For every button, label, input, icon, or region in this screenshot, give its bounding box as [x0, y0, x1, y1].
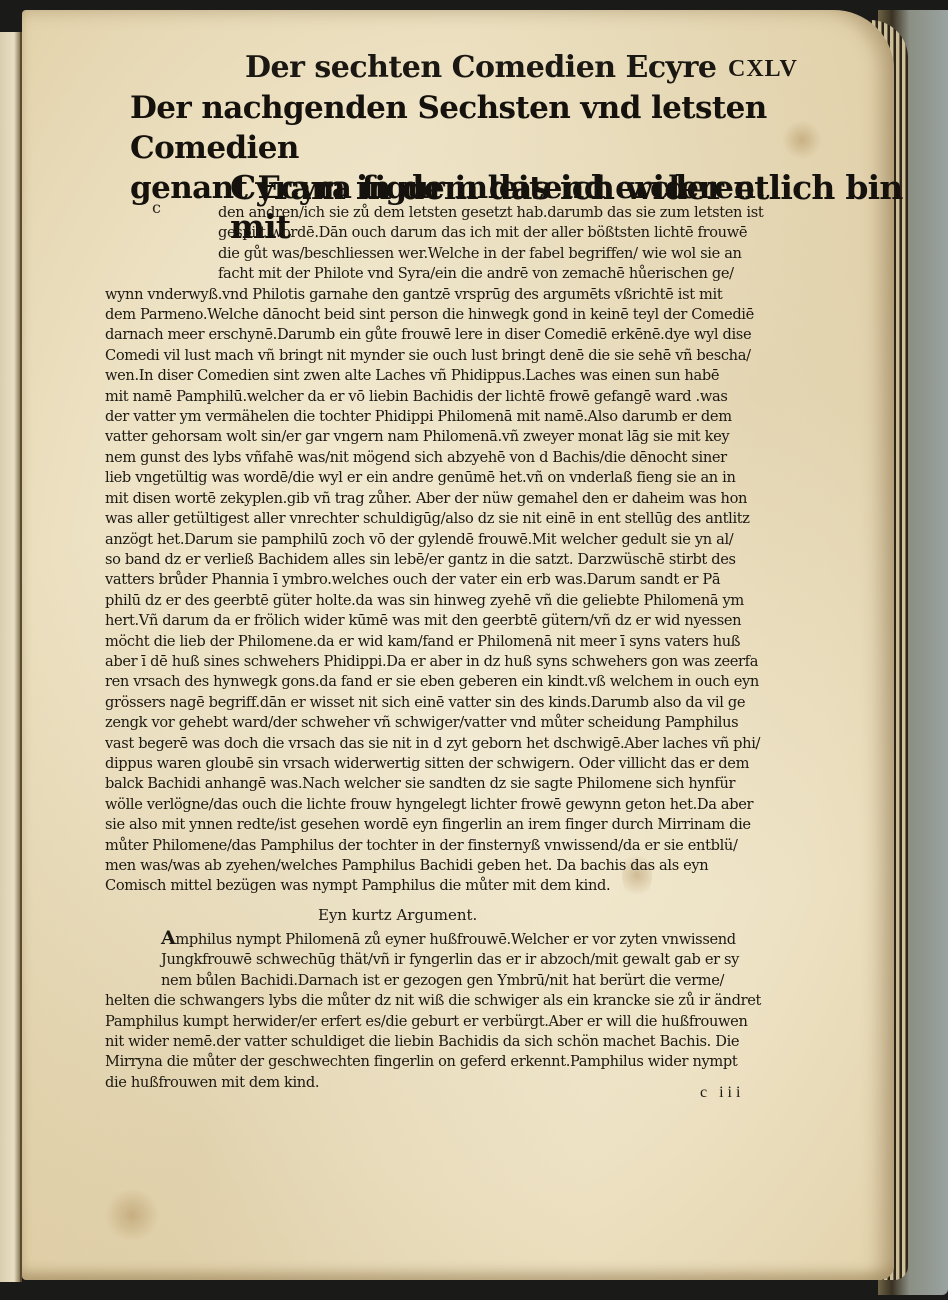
folio-number: CXLV [728, 56, 798, 83]
text-line: men was/was ab zyehen/welches Pamphilus … [105, 856, 777, 876]
text-line: hert.Vñ darum da er frölich wider kūmē w… [105, 611, 777, 631]
text-line: vatter gehorsam wolt sin/er gar vngern n… [105, 427, 777, 447]
text-line: anzögt het.Darum sie pamphilū zoch vō de… [105, 530, 777, 550]
argument-heading: Eyn kurtz Argument. [318, 906, 477, 924]
gathering-signature: c iii [700, 1084, 744, 1102]
foxing-stain [102, 1190, 162, 1240]
text-line: die hußfrouwen mit dem kind. [105, 1073, 777, 1093]
text-line: so band dz er verließ Bachidem alles sin… [105, 550, 777, 570]
drop-initial: A [161, 928, 175, 949]
text-line: můter Philomene/das Pamphilus der tochte… [105, 836, 777, 856]
text-line: wölle verlögne/das ouch die lichte frouw… [105, 795, 777, 815]
text-line: Pamphilus kumpt herwider/er erfert es/di… [105, 1012, 777, 1032]
title-line: Der nachgenden Sechsten vnd letsten Come… [130, 88, 790, 168]
text-line: vatters brůder Phannia ī ymbro.welches o… [105, 570, 777, 590]
text-line: Comisch mittel bezügen was nympt Pamphil… [105, 876, 777, 896]
text-line: lieb vngetültig was wordē/die wyl er ein… [105, 468, 777, 488]
text-line: grössers nagē begriff.dān er wisset nit … [105, 693, 777, 713]
text-line: helten die schwangers lybs die můter dz … [105, 991, 777, 1011]
text-line: möcht die lieb der Philomene.da er wid k… [105, 632, 777, 652]
text-line: gespilt wordē.Dān ouch darum das ich mit… [105, 223, 777, 243]
text-line: was aller getültigest aller vnrechter sc… [105, 509, 777, 529]
facing-page-edge [0, 32, 22, 1282]
text-line: wen.In diser Comedien sint zwen alte Lac… [105, 366, 777, 386]
text-line: mit disen wortē zekyplen.gib vñ trag zůh… [105, 489, 777, 509]
text-line: den andren/ich sie zů dem letsten gesetz… [105, 203, 777, 223]
text-line: ren vrsach des hynwegk gons.da fand er s… [105, 672, 777, 692]
text-line: Amphilus nympt Philomenā zů eyner hußfro… [105, 928, 777, 950]
text-line: facht mit der Philote vnd Syra/ein die a… [105, 264, 777, 284]
text-line: balck Bachidi anhangē was.Nach welcher s… [105, 774, 777, 794]
text-line: dem Parmeno.Welche dānocht beid sint per… [105, 305, 777, 325]
text-line: nit wider nemē.der vatter schuldiget die… [105, 1032, 777, 1052]
text-line: vast begerē was doch die vrsach das sie … [105, 734, 777, 754]
text-line: nem bůlen Bachidi.Darnach ist er gezogen… [105, 971, 777, 991]
running-head: Der sechten Comedien Ecyre [245, 50, 717, 85]
body-text: den andren/ich sie zů dem letsten gesetz… [105, 203, 777, 897]
text-line: der vatter ym vermähelen die tochter Phi… [105, 407, 777, 427]
text-line: dippus waren gloubē sin vrsach widerwert… [105, 754, 777, 774]
text-line: wynn vnderwyß.vnd Philotis garnahe den g… [105, 285, 777, 305]
text-line: Comedi vil lust mach vñ bringt nit mynde… [105, 346, 777, 366]
text-line: darnach meer erschynē.Darumb ein gůte fr… [105, 325, 777, 345]
text-line: mit namē Pamphilū.welcher da er vō liebi… [105, 387, 777, 407]
text-line: zengk vor gehebt ward/der schweher vñ sc… [105, 713, 777, 733]
text-line: Jungkfrouwē schwechūg thät/vñ ir fyngerl… [105, 950, 777, 970]
text-line: aber ī dē huß sines schwehers Phidippi.D… [105, 652, 777, 672]
text-line: philū dz er des geerbtē güter holte.da w… [105, 591, 777, 611]
text-line: sie also mit ynnen redte/ist gesehen wor… [105, 815, 777, 835]
text-line: die gůt was/beschliessen wer.Welche in d… [105, 244, 777, 264]
text-line: nem gunst des lybs vñfahē was/nit mögend… [105, 448, 777, 468]
argument-text: Amphilus nympt Philomenā zů eyner hußfro… [105, 928, 777, 1093]
text-line: Mirryna die můter der geschwechten finge… [105, 1052, 777, 1072]
